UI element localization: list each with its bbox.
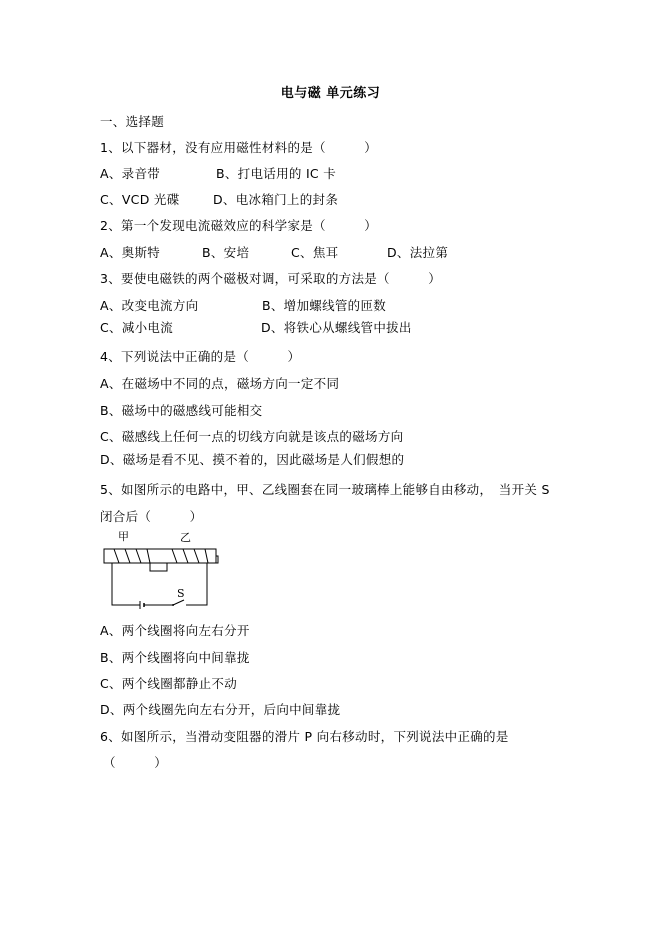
question-3-option-b: B、增加螺线管的匝数 — [262, 298, 386, 314]
question-5-option-b: B、两个线圈将向中间靠拢 — [100, 650, 250, 666]
circuit-diagram: 甲 乙 — [98, 527, 228, 613]
question-5-option-a: A、两个线圈将向左右分开 — [100, 623, 250, 639]
document-title: 电与磁 单元练习 — [0, 86, 661, 102]
switch-label: S — [177, 587, 185, 600]
coil-label-left: 甲 — [118, 530, 129, 543]
question-6-stem-line2: （ ） — [103, 755, 167, 771]
question-1-option-b: B、打电话用的 IC 卡 — [216, 166, 336, 182]
question-4-option-b: B、磁场中的磁感线可能相交 — [100, 403, 262, 419]
question-5-option-c: C、两个线圈都静止不动 — [100, 676, 237, 692]
question-2-stem: 2、第一个发现电流磁效应的科学家是（ ） — [100, 218, 377, 234]
question-1-option-a: A、录音带 — [100, 166, 160, 182]
question-5-stem-line2: 闭合后（ ） — [100, 509, 202, 525]
question-2-option-b: B、安培 — [202, 245, 249, 261]
document-page: 电与磁 单元练习 一、选择题 1、以下器材，没有应用磁性材料的是（ ） A、录音… — [0, 0, 661, 936]
question-1-option-d: D、电冰箱门上的封条 — [213, 192, 338, 208]
question-4-option-c: C、磁感线上任何一点的切线方向就是该点的磁场方向 — [100, 429, 403, 445]
solenoid-circuit-icon: 甲 乙 — [98, 527, 228, 613]
question-2-option-c: C、焦耳 — [291, 245, 338, 261]
coil-label-right: 乙 — [180, 531, 191, 544]
question-6-stem-line1: 6、如图所示，当滑动变阻器的滑片 P 向右移动时，下列说法中正确的是 — [100, 729, 509, 745]
question-3-option-a: A、改变电流方向 — [100, 298, 198, 314]
question-1-option-c: C、VCD 光碟 — [100, 192, 180, 208]
question-4-stem: 4、下列说法中正确的是（ ） — [100, 349, 300, 365]
question-3-option-c: C、减小电流 — [100, 320, 173, 336]
question-3-stem: 3、要使电磁铁的两个磁极对调，可采取的方法是（ ） — [100, 271, 441, 287]
question-5-stem-line1: 5、如图所示的电路中，甲、乙线圈套在同一玻璃棒上能够自由移动， 当开关 S — [100, 482, 550, 498]
question-3-option-d: D、将铁心从螺线管中拔出 — [261, 320, 412, 336]
question-2-option-d: D、法拉第 — [387, 245, 448, 261]
question-4-option-a: A、在磁场中不同的点，磁场方向一定不同 — [100, 376, 339, 392]
question-5-option-d: D、两个线圈先向左右分开，后向中间靠拢 — [100, 702, 340, 718]
question-2-option-a: A、奥斯特 — [100, 245, 160, 261]
question-1-stem: 1、以下器材，没有应用磁性材料的是（ ） — [100, 140, 377, 156]
question-4-option-d: D、磁场是看不见、摸不着的，因此磁场是人们假想的 — [100, 452, 404, 468]
section-heading: 一、选择题 — [100, 114, 164, 130]
switch-blade — [173, 600, 184, 605]
